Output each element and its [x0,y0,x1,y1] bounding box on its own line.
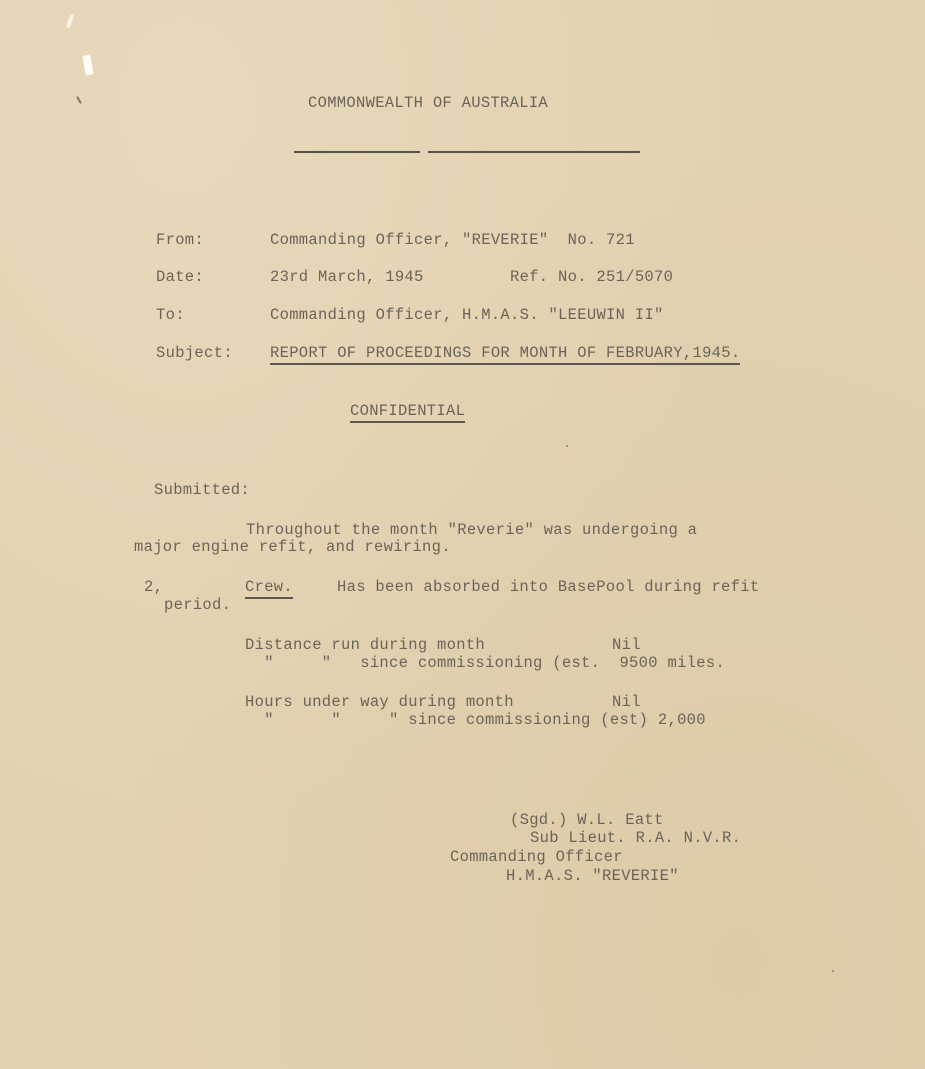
stat-hours-month-value: Nil [612,693,641,711]
classification-label: CONFIDENTIAL [350,402,465,423]
signature-rank: Sub Lieut. R.A. N.V.R. [530,829,741,847]
field-value: Commanding Officer, "REVERIE" No. 721 [270,231,635,249]
field-label: Date: [156,268,204,286]
paper-speck [566,445,568,447]
paragraph-heading: Crew. [245,578,293,599]
document-heading: COMMONWEALTH OF AUSTRALIA [308,94,548,112]
stat-distance-total: " " since commissioning (est. 9500 miles… [245,654,725,672]
paragraph-line: Has been absorbed into BasePool during r… [337,578,759,596]
signature-title: Commanding Officer [450,848,623,866]
reference-number: Ref. No. 251/5070 [510,268,673,286]
paragraph-line: period. [164,596,231,614]
paragraph-line: Throughout the month "Reverie" was under… [246,521,697,539]
salutation: Submitted: [154,481,250,499]
stat-distance-month: Distance run during month [245,636,485,654]
stat-hours-total: " " " since commissioning (est) 2,000 [245,711,706,729]
field-value: 23rd March, 1945 [270,268,424,286]
paper-speck [832,970,834,972]
field-label: Subject: [156,344,233,362]
signature-name: (Sgd.) W.L. Eatt [510,811,664,829]
field-label: To: [156,306,185,324]
stat-hours-month: Hours under way during month [245,693,514,711]
heading-rule-right [428,151,640,153]
field-label: From: [156,231,204,249]
paragraph-number: 2, [144,578,163,596]
subject-value: REPORT OF PROCEEDINGS FOR MONTH OF FEBRU… [270,344,740,365]
field-value: Commanding Officer, H.M.A.S. "LEEUWIN II… [270,306,664,324]
signature-ship: H.M.A.S. "REVERIE" [506,867,679,885]
heading-rule-left [294,151,420,153]
stat-distance-month-value: Nil [612,636,641,654]
paragraph-line: major engine refit, and rewiring. [134,538,451,556]
